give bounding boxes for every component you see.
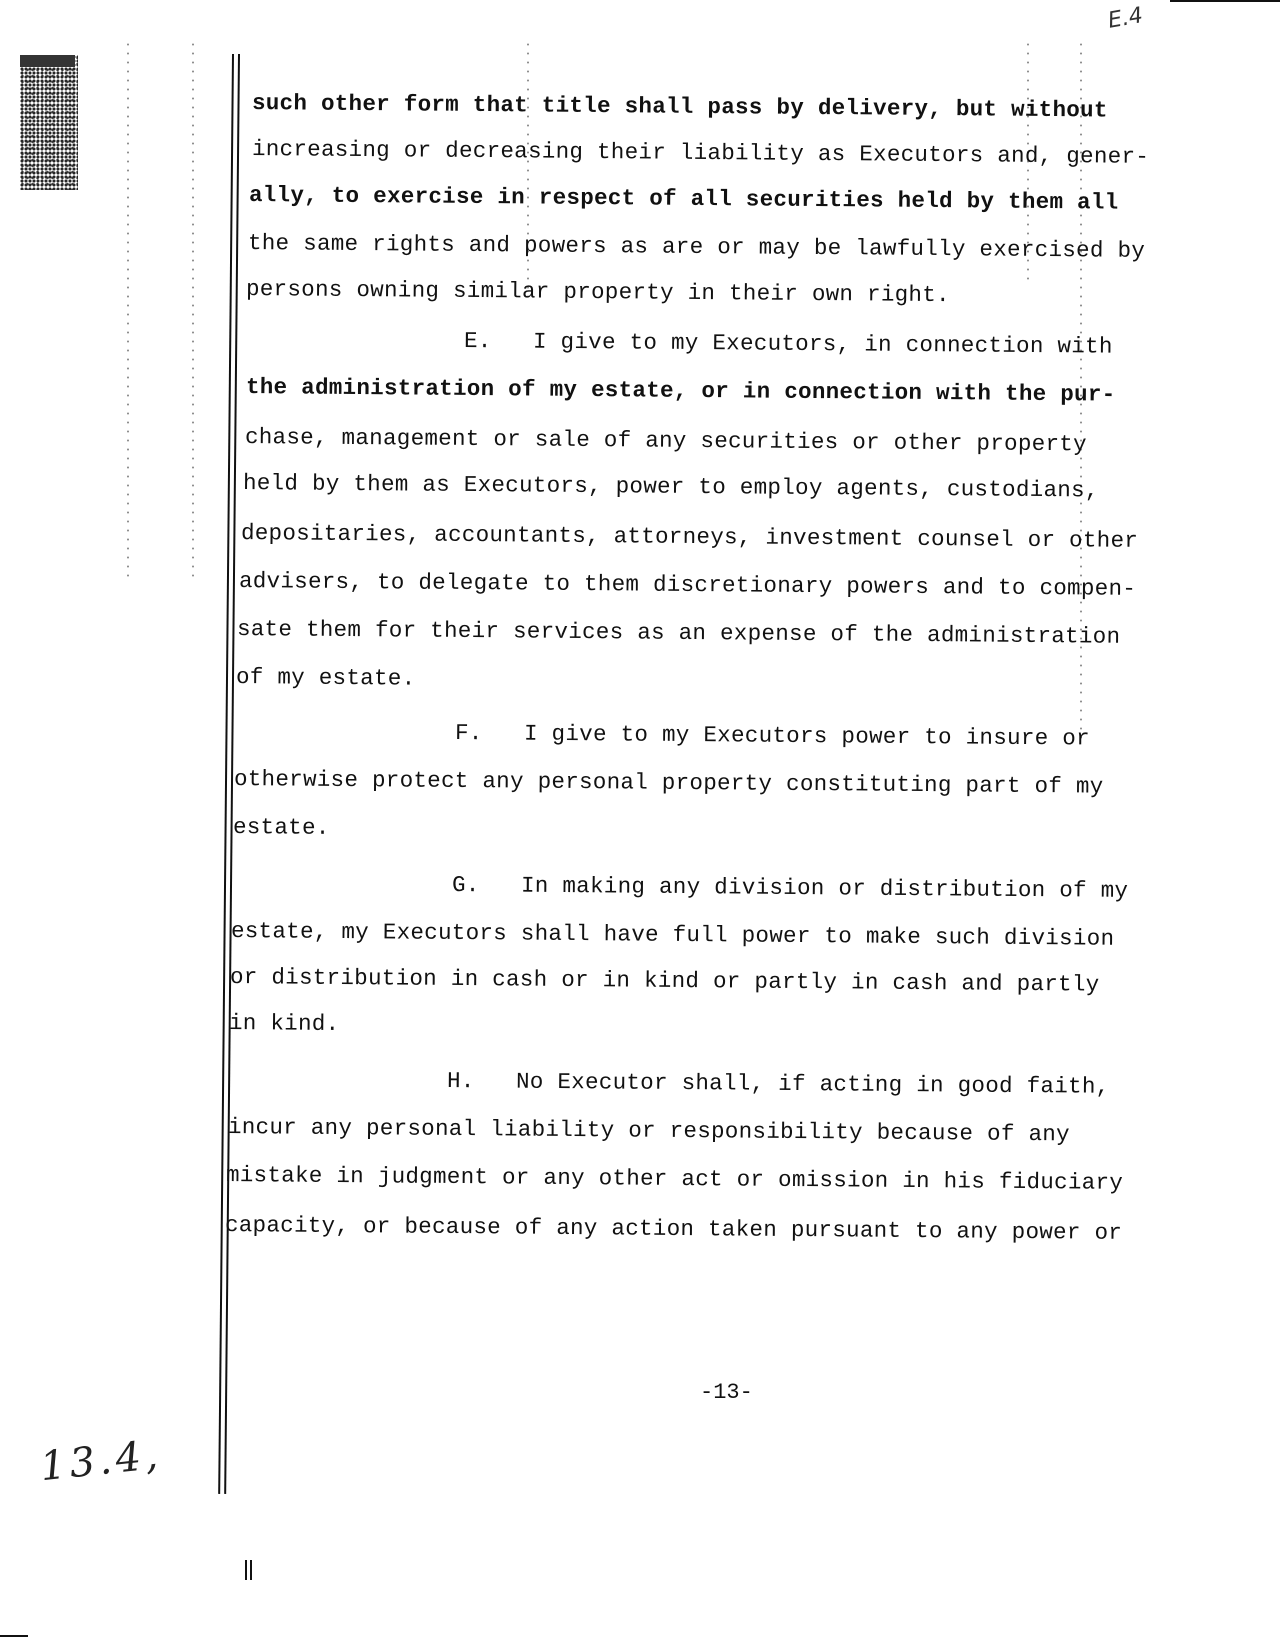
text-line: incur any personal liability or responsi… — [228, 1114, 1070, 1147]
text-line: depositaries, accountants, attorneys, in… — [241, 520, 1138, 554]
text-line: estate. — [233, 814, 330, 841]
text-line: estate, my Executors shall have full pow… — [231, 918, 1115, 952]
scan-speckle — [125, 40, 131, 580]
text-line: in kind. — [229, 1010, 340, 1037]
text-line: mistake in judgment or any other act or … — [226, 1162, 1123, 1196]
margin-rule-tail — [245, 1560, 247, 1580]
handwritten-annotation-bottom: 13.4, — [38, 1432, 164, 1490]
text-line: persons owning similar property in their… — [246, 276, 950, 308]
text-line: sate them for their services as an expen… — [237, 616, 1121, 650]
scan-smudge — [20, 55, 78, 190]
scan-speckle — [190, 40, 196, 580]
text-line: the administration of my estate, or in c… — [246, 374, 1116, 408]
text-line: held by them as Executors, power to empl… — [243, 470, 1099, 503]
top-edge-rule — [1170, 0, 1280, 2]
text-line: chase, management or sale of any securit… — [245, 424, 1087, 457]
text-line: such other form that title shall pass by… — [252, 90, 1108, 123]
paragraph-e-heading: E. I give to my Executors, in connection… — [464, 328, 1113, 360]
text-line: the same rights and powers as are or may… — [248, 230, 1145, 264]
text-line: otherwise protect any personal property … — [234, 766, 1104, 800]
paragraph-h-heading: H. No Executor shall, if acting in good … — [447, 1068, 1110, 1100]
text-line: capacity, or because of any action taken… — [225, 1212, 1122, 1246]
text-line: or distribution in cash or in kind or pa… — [230, 964, 1100, 998]
handwritten-annotation-top: E.4 — [1106, 3, 1145, 34]
text-line: increasing or decreasing their liability… — [252, 136, 1149, 170]
scan-edge-mark — [0, 1635, 28, 1637]
page-number: -13- — [700, 1380, 753, 1405]
paragraph-g-heading: G. In making any division or distributio… — [452, 872, 1129, 904]
text-line: advisers, to delegate to them discretion… — [239, 568, 1136, 602]
scan-speckle — [525, 40, 531, 300]
text-line: of my estate. — [236, 664, 416, 692]
paragraph-f-heading: F. I give to my Executors power to insur… — [455, 720, 1090, 752]
text-line: ally, to exercise in respect of all secu… — [249, 182, 1119, 216]
document-page: E.4 13.4, such other form that title sha… — [0, 0, 1280, 1648]
margin-rule-tail — [250, 1560, 252, 1580]
